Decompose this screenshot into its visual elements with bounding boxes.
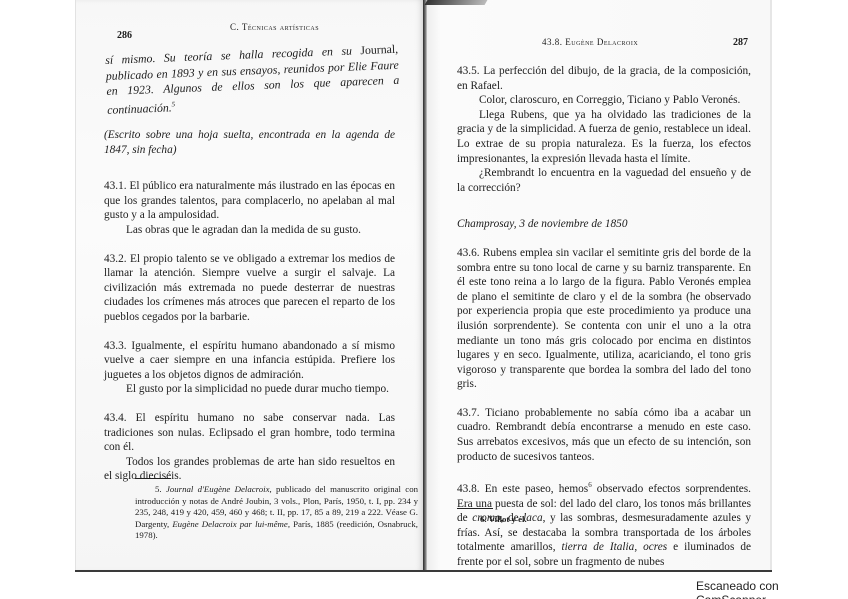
paragraph-43-1: 43.1. El público era naturalmente más il… — [104, 179, 395, 223]
paragraph-43-4: 43.4. El espíritu humano no sabe conserv… — [104, 411, 395, 455]
running-header-right: 43.8. Eugène Delacroix — [542, 37, 638, 47]
paragraph-43-5-rubens: Llega Rubens, que ya ha olvidado las tra… — [457, 108, 751, 166]
book-spine — [423, 0, 427, 572]
paragraph-43-3-cont: El gusto por la simplicidad no puede dur… — [104, 382, 395, 397]
paragraph-43-6: 43.6. Rubens emplea sin vacilar el semit… — [457, 246, 751, 392]
footnote-ref-5: 5 — [171, 100, 175, 108]
paragraph-43-4-cont: Todos los grandes problemas de arte han … — [104, 455, 395, 484]
source-note: (Escrito sobre una hoja suelta, encontra… — [104, 128, 395, 157]
dateline: Champrosay, 3 de noviembre de 1850 — [457, 217, 751, 232]
paragraph-43-5: 43.5. La perfección del dibujo, de la gr… — [457, 64, 751, 93]
page-number-left: 286 — [117, 30, 132, 41]
intro-paragraph: sí mismo. Su teoría se halla recogida en… — [105, 42, 400, 118]
page-fold-edge — [425, 0, 488, 5]
paragraph-43-2: 43.2. El propio talento se ve obligado a… — [104, 252, 395, 325]
footnote-divider-right — [457, 508, 493, 509]
running-header-left: C. Técnicas artísticas — [230, 22, 319, 32]
paragraph-43-3: 43.3. Igualmente, el espíritu humano aba… — [104, 339, 395, 383]
scanner-watermark: Escaneado con CamScanner — [696, 579, 848, 599]
paragraph-43-7: 43.7. Ticiano probablemente no sabía cóm… — [457, 406, 751, 464]
paragraph-43-5-rembrandt: ¿Rembrandt lo encuentra en la vaguedad d… — [457, 166, 751, 195]
left-body: (Escrito sobre una hoja suelta, encontra… — [104, 128, 395, 484]
right-body: 43.5. La perfección del dibujo, de la gr… — [457, 64, 751, 570]
page-number-right: 287 — [733, 37, 748, 48]
footnote-5: 5. Journal d'Eugène Delacroix, publicado… — [135, 484, 418, 542]
paragraph-43-5-cont: Color, claroscuro, en Correggio, Ticiano… — [457, 93, 751, 108]
book-bottom-edge — [75, 570, 772, 572]
footnote-6: 6. Villot y él. — [480, 514, 680, 526]
footnote-divider-left — [135, 478, 171, 479]
journal-title: Journal — [360, 42, 395, 57]
paragraph-43-1-cont: Las obras que le agradan dan la medida d… — [104, 223, 395, 238]
